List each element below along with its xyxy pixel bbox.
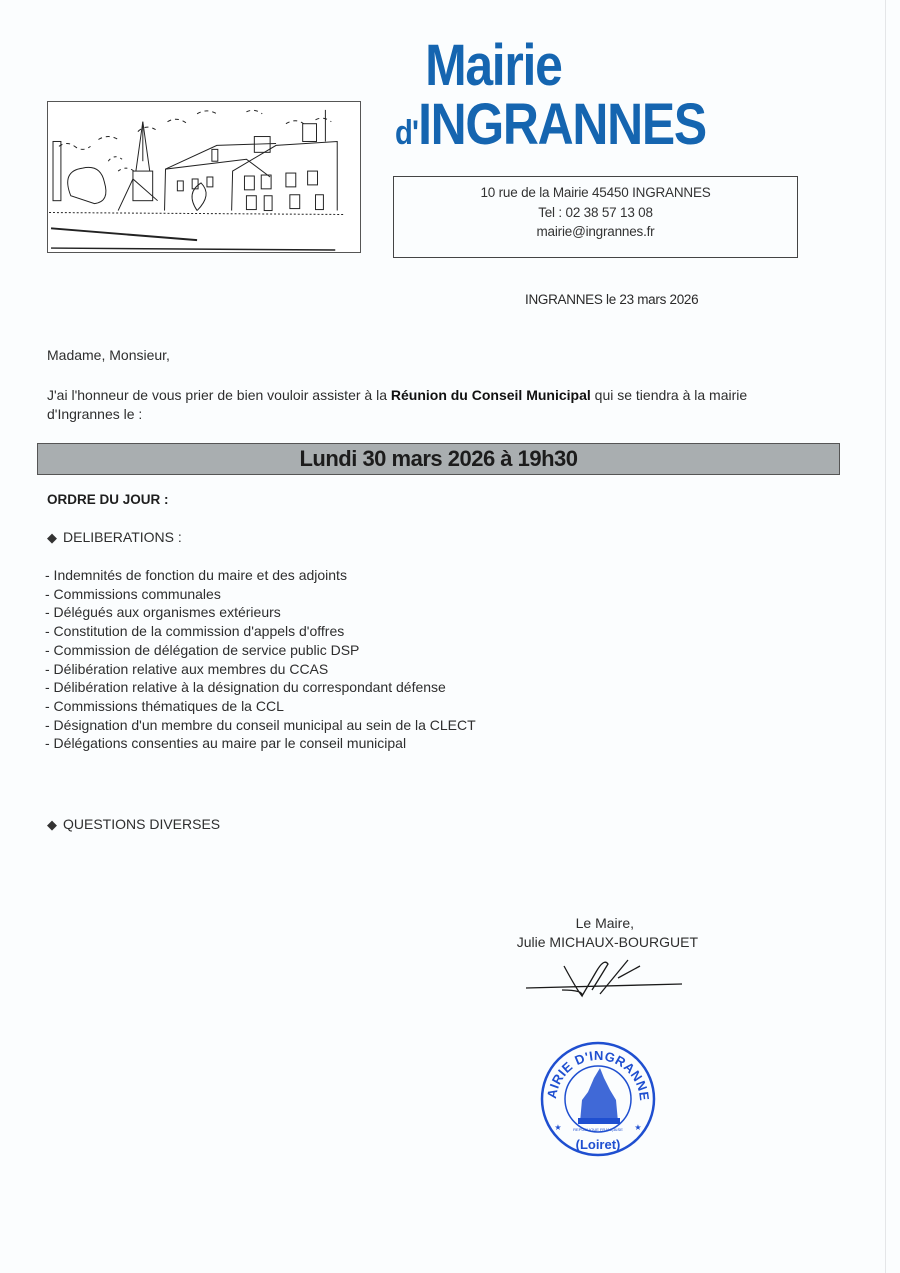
brand-prefix: d'	[395, 114, 418, 152]
village-sketch-icon	[48, 102, 360, 252]
brand-line-1: Mairie	[425, 36, 561, 96]
list-item: - Délégués aux organismes extérieurs	[45, 603, 476, 622]
intro-paragraph: J'ai l'honneur de vous prier de bien vou…	[47, 386, 807, 424]
contact-box: 10 rue de la Mairie 45450 INGRANNES Tel …	[393, 176, 798, 258]
agenda-title: ORDRE DU JOUR :	[47, 492, 169, 507]
salutation: Madame, Monsieur,	[47, 347, 170, 363]
list-item: - Indemnités de fonction du maire et des…	[45, 566, 476, 585]
place-date: INGRANNES le 23 mars 2026	[525, 292, 698, 307]
list-item: - Délibération relative à la désignation…	[45, 678, 476, 697]
contact-address: 10 rue de la Mairie 45450 INGRANNES	[394, 183, 797, 203]
handwritten-signature-icon	[522, 950, 692, 1010]
svg-text:★: ★	[554, 1123, 561, 1132]
diamond-icon: ◆	[47, 817, 57, 832]
diamond-icon: ◆	[47, 530, 57, 545]
page-edge	[885, 0, 886, 1273]
village-illustration	[47, 101, 361, 253]
deliberations-list: - Indemnités de fonction du maire et des…	[45, 566, 476, 753]
list-item: - Commissions communales	[45, 585, 476, 604]
section-questions-diverses: ◆QUESTIONS DIVERSES	[47, 816, 220, 833]
signature-block: Le Maire, Julie MICHAUX-BOURGUET	[460, 914, 720, 952]
brand-line-2: d'INGRANNES	[395, 94, 706, 164]
contact-phone: Tel : 02 38 57 13 08	[394, 203, 797, 223]
list-item: - Commissions thématiques de la CCL	[45, 697, 476, 716]
section-title: QUESTIONS DIVERSES	[63, 816, 220, 832]
intro-bold-text: Réunion du Conseil Municipal	[391, 387, 591, 403]
svg-text:REPUBLIQUE FRANÇAISE: REPUBLIQUE FRANÇAISE	[573, 1127, 623, 1132]
contact-email: mairie@ingrannes.fr	[394, 222, 797, 242]
section-deliberations: ◆DELIBERATIONS :	[47, 529, 182, 546]
official-stamp-icon: MAIRIE D'INGRANNES REPUBLIQUE FRANÇAISE …	[538, 1038, 658, 1160]
list-item: - Commission de délégation de service pu…	[45, 641, 476, 660]
list-item: - Constitution de la commission d'appels…	[45, 622, 476, 641]
section-title: DELIBERATIONS :	[63, 529, 182, 545]
list-item: - Désignation d'un membre du conseil mun…	[45, 716, 476, 735]
meeting-datetime-banner: Lundi 30 mars 2026 à 19h30	[37, 443, 840, 475]
list-item: - Délégations consenties au maire par le…	[45, 734, 476, 753]
svg-text:★: ★	[634, 1123, 641, 1132]
svg-text:(Loiret): (Loiret)	[576, 1137, 621, 1152]
signatory-title: Le Maire,	[460, 914, 720, 933]
brand-town: INGRANNES	[418, 92, 706, 157]
intro-text-before: J'ai l'honneur de vous prier de bien vou…	[47, 387, 391, 403]
list-item: - Délibération relative aux membres du C…	[45, 660, 476, 679]
